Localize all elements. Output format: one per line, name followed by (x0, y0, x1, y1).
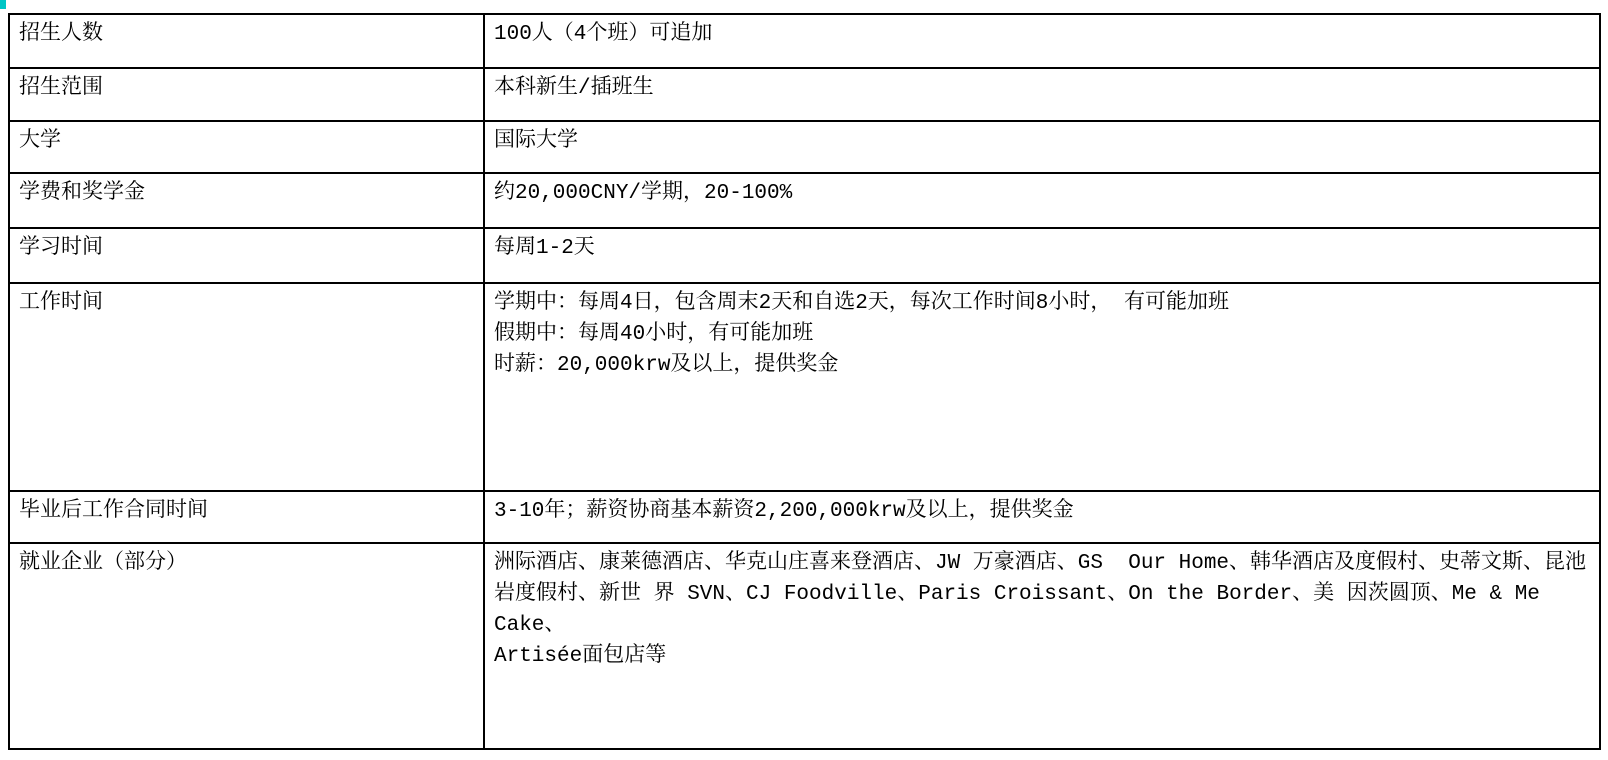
study-time-value: 每周1-2天 (485, 229, 1599, 282)
table-row-work-time: 工作时间 学期中：每周4日，包含周末2天和自选2天，每次工作时间8小时， 有可能… (10, 284, 1599, 492)
post-graduation-contract-value: 3-10年；薪资协商基本薪资2,200,000krw及以上，提供奖金 (485, 492, 1599, 542)
table-row-enrollment-scope: 招生范围 本科新生/插班生 (10, 69, 1599, 122)
table-row-post-graduation-contract: 毕业后工作合同时间 3-10年；薪资协商基本薪资2,200,000krw及以上，… (10, 492, 1599, 544)
employers-label: 就业企业（部分） (10, 544, 485, 748)
university-value: 国际大学 (485, 122, 1599, 172)
work-time-label: 工作时间 (10, 284, 485, 490)
table-row-employers: 就业企业（部分） 洲际酒店、康莱德酒店、华克山庄喜来登酒店、JW 万豪酒店、GS… (10, 544, 1599, 748)
tuition-scholarship-value: 约20,000CNY/学期，20-100% (485, 174, 1599, 227)
table-row-study-time: 学习时间 每周1-2天 (10, 229, 1599, 284)
table-row-tuition-scholarship: 学费和奖学金 约20,000CNY/学期，20-100% (10, 174, 1599, 229)
enrollment-count-value: 100人（4个班）可追加 (485, 15, 1599, 67)
corner-cursor-artifact (0, 0, 6, 9)
university-label: 大学 (10, 122, 485, 172)
recruitment-info-table: 招生人数 100人（4个班）可追加 招生范围 本科新生/插班生 大学 国际大学 … (8, 13, 1601, 750)
tuition-scholarship-label: 学费和奖学金 (10, 174, 485, 227)
enrollment-count-label: 招生人数 (10, 15, 485, 67)
table-row-enrollment-count: 招生人数 100人（4个班）可追加 (10, 15, 1599, 69)
table-row-university: 大学 国际大学 (10, 122, 1599, 174)
employers-value: 洲际酒店、康莱德酒店、华克山庄喜来登酒店、JW 万豪酒店、GS Our Home… (485, 544, 1599, 748)
post-graduation-contract-label: 毕业后工作合同时间 (10, 492, 485, 542)
enrollment-scope-label: 招生范围 (10, 69, 485, 120)
enrollment-scope-value: 本科新生/插班生 (485, 69, 1599, 120)
work-time-value: 学期中：每周4日，包含周末2天和自选2天，每次工作时间8小时， 有可能加班 假期… (485, 284, 1599, 490)
study-time-label: 学习时间 (10, 229, 485, 282)
